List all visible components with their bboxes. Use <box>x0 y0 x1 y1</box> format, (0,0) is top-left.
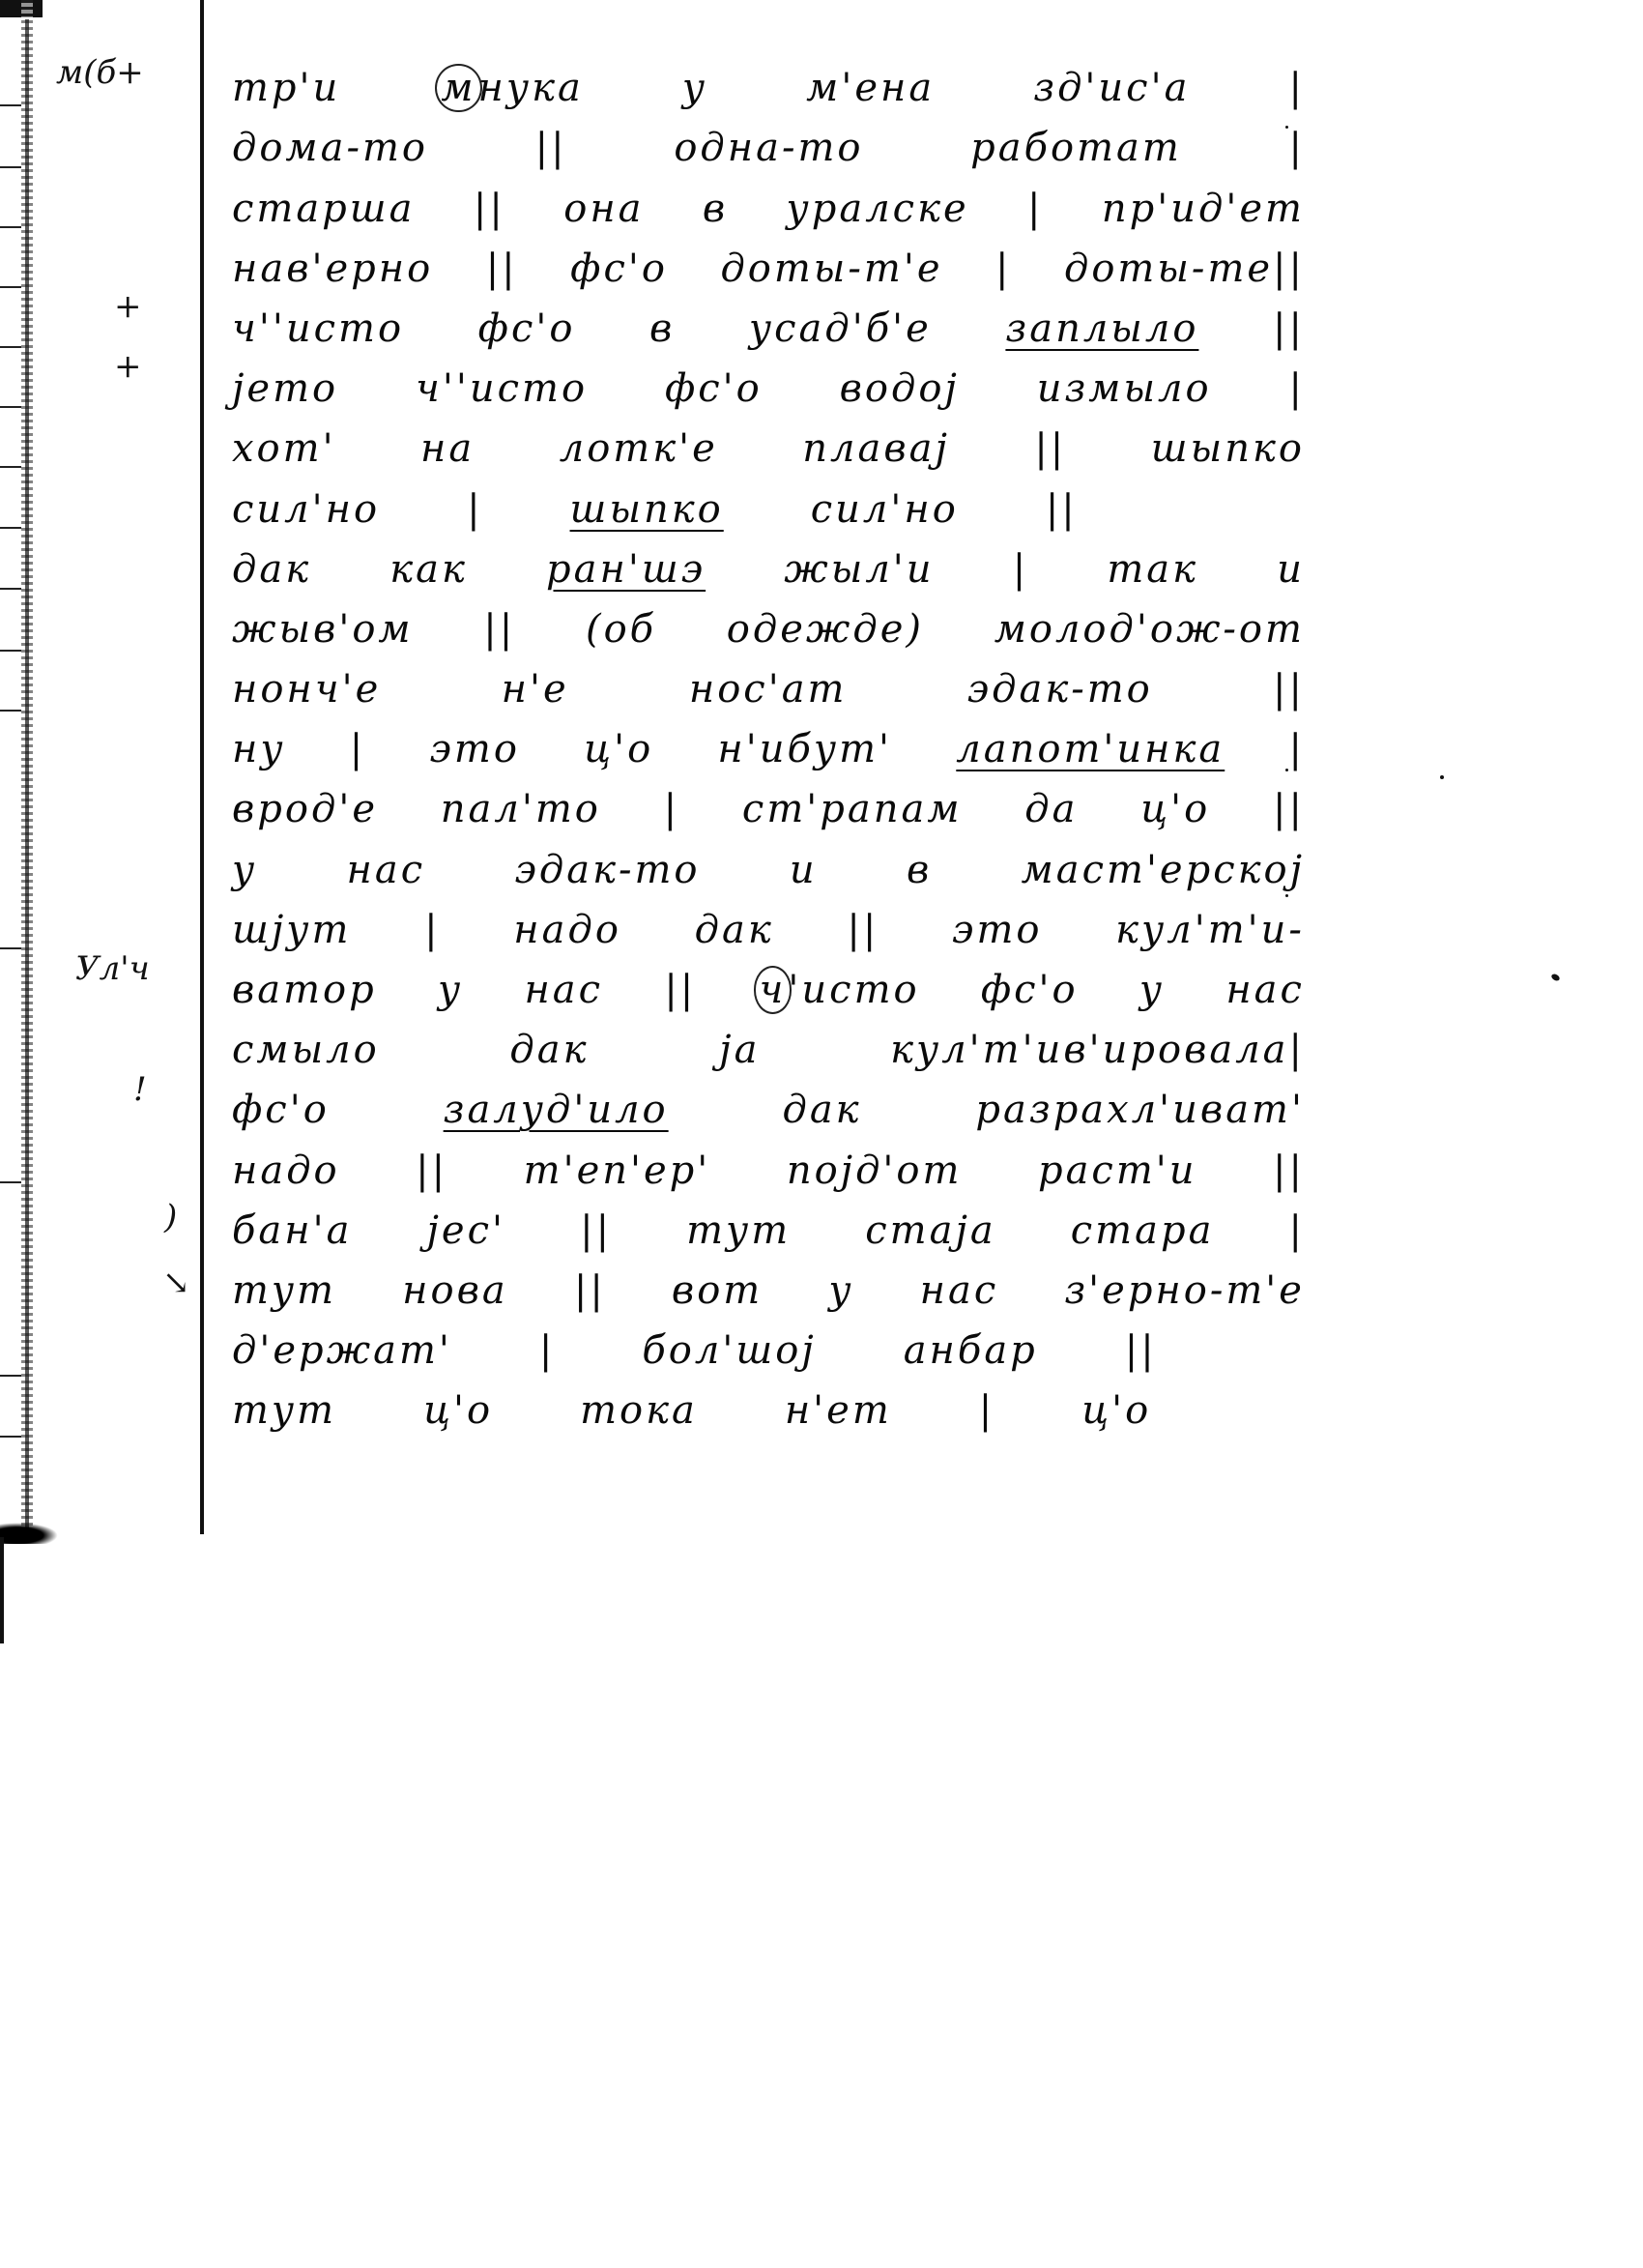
word: нос'ат <box>689 667 848 712</box>
word: ч''исто <box>416 366 588 411</box>
pause-mark: || <box>574 1268 606 1313</box>
word: тут <box>686 1208 791 1253</box>
word: н'ибут' <box>717 727 892 771</box>
ruler-tick <box>0 650 21 652</box>
word: м'ена <box>806 66 935 110</box>
word: врод'е <box>232 787 378 831</box>
pause-mark: || <box>1273 306 1305 351</box>
word: тр'и <box>232 66 340 110</box>
word: водој <box>840 366 960 411</box>
ruler-tick <box>0 104 21 106</box>
word: лотк'е <box>560 426 718 471</box>
word: раст'и <box>1038 1149 1197 1193</box>
word: фс'о <box>981 968 1079 1012</box>
pause-mark: | <box>539 1328 555 1373</box>
word: нас <box>920 1268 999 1313</box>
ink-speck <box>1285 769 1288 771</box>
word: измыло <box>1037 366 1212 411</box>
ruler-tick <box>0 710 21 712</box>
ruler-tick <box>0 286 21 288</box>
pause-mark: | <box>1027 187 1043 231</box>
word: стара <box>1071 1208 1215 1253</box>
word: как <box>389 547 468 592</box>
pause-mark: || <box>416 1149 447 1193</box>
word: разрахл'иват' <box>975 1088 1305 1132</box>
word: она <box>563 187 644 231</box>
word: на <box>420 426 475 471</box>
pause-mark: | <box>1288 66 1304 110</box>
word: ст'рапам <box>742 787 963 831</box>
word: стаја <box>865 1208 995 1253</box>
word: ну <box>232 727 286 771</box>
word: ран'шэ <box>546 547 706 592</box>
word: уралске <box>787 187 969 231</box>
word: ц'о <box>1140 787 1210 831</box>
word: зд'ис'а <box>1033 66 1190 110</box>
pause-mark: || <box>535 126 567 170</box>
text-line: ваторунас||ч'истофс'оунас <box>232 952 1305 1012</box>
word: фс'о <box>232 1088 330 1132</box>
text-line: тр'имнукаум'еназд'ис'а| <box>232 50 1305 110</box>
text-line: старша||онавуралске|пр'ид'ет <box>232 170 1305 230</box>
text-line: дома-то||одна-тоработат| <box>232 110 1305 170</box>
ruler-tick <box>0 947 21 949</box>
word: шыпко <box>1151 426 1305 471</box>
text-line: надо||т'еп'ер'појд'отраст'и|| <box>232 1132 1305 1192</box>
word: бан'а <box>232 1208 352 1253</box>
ruler-tick <box>0 527 21 529</box>
margin-note-ref: м(б+ <box>56 56 144 89</box>
word: у <box>232 848 257 892</box>
pause-mark: | <box>1013 547 1028 592</box>
pause-mark: | <box>467 487 482 532</box>
word: ја <box>719 1028 760 1072</box>
word: одна-то <box>674 126 863 170</box>
word: надо <box>513 908 621 952</box>
text-line: нав'ерно||фс'одоты-т'е|доты-те|| <box>232 231 1305 291</box>
word: дак <box>509 1028 589 1072</box>
text-line: бан'ајес'||тутстајастара| <box>232 1193 1305 1253</box>
ruler-tick <box>0 226 21 228</box>
word: тут <box>232 1268 336 1313</box>
word: н'ет <box>785 1388 892 1433</box>
word: пал'то <box>441 787 601 831</box>
word: ц'о <box>423 1388 493 1433</box>
word: нас <box>347 848 426 892</box>
word: з'ерно-т'е <box>1064 1268 1305 1313</box>
word: доты-т'е <box>720 247 942 291</box>
text-line: даккакран'шэжыл'и|таки <box>232 532 1305 592</box>
margin-note-arrow: ↘ <box>162 1266 190 1299</box>
circled-letter: м <box>435 64 481 112</box>
pause-mark: || <box>664 968 696 1012</box>
word: вот <box>672 1268 763 1313</box>
word: работат <box>970 126 1182 170</box>
text-line: ну|этоц'он'ибут'лапот'инка| <box>232 712 1305 771</box>
pause-mark: || <box>580 1208 612 1253</box>
pause-mark: || <box>1125 1328 1157 1373</box>
pause-mark: || <box>847 908 879 952</box>
transcription-text: тр'имнукаум'еназд'ис'а|дома-то||одна-тор… <box>232 50 1305 1433</box>
word: плавај <box>802 426 950 471</box>
word: и <box>1277 547 1305 592</box>
ink-speck <box>1440 775 1444 779</box>
ink-speck <box>1285 126 1288 129</box>
margin-note-excl: ! <box>133 1073 147 1106</box>
word: и <box>790 848 818 892</box>
word: смыло <box>232 1028 380 1072</box>
word: в <box>649 306 675 351</box>
word: ц'о <box>584 727 653 771</box>
word: шјут <box>232 908 351 952</box>
word: сил'но <box>232 487 380 532</box>
word: нас <box>524 968 603 1012</box>
word: кул'т'ив'ировала| <box>890 1028 1305 1072</box>
word: ц'о <box>1081 1388 1151 1433</box>
word: шыпко <box>570 487 724 532</box>
word: (об <box>586 607 656 652</box>
text-line: јеточ''истофс'оводојизмыло| <box>232 351 1305 411</box>
margin-note-plus2: + <box>114 350 142 383</box>
word: дак <box>232 547 311 592</box>
page-edge-line <box>0 1537 4 1643</box>
word: ч'исто <box>758 968 920 1012</box>
word: н'е <box>502 667 569 712</box>
text-line: фс'озалуд'илодакразрахл'иват' <box>232 1072 1305 1132</box>
word: тут <box>232 1388 336 1433</box>
word: нав'ерно <box>232 247 433 291</box>
text-line: сил'но|шыпкосил'но|| <box>232 471 1305 531</box>
text-line: смылодакјакул'т'ив'ировала| <box>232 1012 1305 1072</box>
ruler-tick <box>0 406 21 408</box>
margin-note-ulch: Ул'ч <box>75 952 150 985</box>
text-line: унасэдак-тоивмаст'ерској <box>232 831 1305 891</box>
word: так <box>1107 547 1198 592</box>
pause-mark: || <box>1273 667 1305 712</box>
word: анбар <box>904 1328 1038 1373</box>
word: жыв'ом <box>232 607 414 652</box>
word: дак <box>782 1088 861 1132</box>
ruler-tick <box>0 1181 21 1183</box>
word: фс'о <box>665 366 763 411</box>
pause-mark: | <box>350 727 365 771</box>
word: надо <box>232 1149 340 1193</box>
word: ватор <box>232 968 377 1012</box>
word: доты-те|| <box>1064 247 1305 291</box>
ink-blot <box>1550 973 1561 982</box>
word: эдак-то <box>967 667 1153 712</box>
word: у <box>1139 968 1165 1012</box>
word: појд'от <box>787 1149 963 1193</box>
text-line: хот'налотк'еплавај||шыпко <box>232 411 1305 471</box>
margin-rule <box>200 0 204 1534</box>
margin-note-plus1: + <box>114 290 142 323</box>
word: это <box>430 727 520 771</box>
pause-mark: | <box>1289 1208 1305 1253</box>
ink-speck <box>1285 894 1288 897</box>
word: маст'ерској <box>1022 848 1305 892</box>
word: т'еп'ер' <box>524 1149 711 1193</box>
pause-mark: | <box>664 787 679 831</box>
text-line: нонч'ен'енос'атэдак-то|| <box>232 652 1305 712</box>
word: дак <box>695 908 774 952</box>
ruler-tick <box>0 346 21 348</box>
word: эдак-то <box>515 848 701 892</box>
word: мнука <box>439 66 583 110</box>
binding-shadow-bottom <box>0 1523 58 1544</box>
ruler-tick <box>0 1436 21 1438</box>
word: у <box>682 66 707 110</box>
pause-mark: || <box>1046 487 1078 532</box>
text-line: ч''истофс'овусад'б'езаплыло|| <box>232 291 1305 351</box>
pause-mark: || <box>483 607 515 652</box>
pause-mark: | <box>1289 126 1305 170</box>
word: јес' <box>427 1208 505 1253</box>
scanned-page: м(б+++Ул'ч!)↘ тр'имнукаум'еназд'ис'а|дом… <box>0 0 1643 2268</box>
word: да <box>1024 787 1078 831</box>
word: одежде) <box>727 607 924 652</box>
word: бол'шој <box>642 1328 816 1373</box>
pause-mark: | <box>1288 366 1304 411</box>
word: заплыло <box>1005 306 1198 351</box>
word: нонч'е <box>232 667 381 712</box>
word: у <box>438 968 463 1012</box>
text-line: тутнова||вотунасз'ерно-т'е <box>232 1253 1305 1313</box>
word: д'ержат' <box>232 1328 452 1373</box>
word: это <box>952 908 1042 952</box>
word: усад'б'е <box>749 306 932 351</box>
pause-mark: || <box>474 187 505 231</box>
word: хот' <box>232 426 336 471</box>
text-line: шјут|надодак||этокул'т'и- <box>232 892 1305 952</box>
pause-mark: | <box>979 1388 994 1433</box>
word: нова <box>402 1268 508 1313</box>
ruler-tick <box>0 1375 21 1377</box>
margin-note-paren: ) <box>164 1201 177 1234</box>
word: јето <box>232 366 338 411</box>
word: в <box>907 848 932 892</box>
word: у <box>828 1268 853 1313</box>
text-line: тутц'отокан'ет|ц'о <box>232 1373 1305 1433</box>
word: сил'но <box>811 487 959 532</box>
word: залуд'ило <box>444 1088 669 1132</box>
ruler-tick <box>0 466 21 468</box>
word: дома-то <box>232 126 428 170</box>
word: молод'ож-от <box>994 607 1305 652</box>
word: нас <box>1225 968 1305 1012</box>
pause-mark: | <box>424 908 440 952</box>
word: фс'о <box>478 306 576 351</box>
word: ч''исто <box>232 306 404 351</box>
word: фс'о <box>570 247 668 291</box>
pause-mark: || <box>1273 1149 1305 1193</box>
word: пр'ид'ет <box>1102 187 1305 231</box>
pause-mark: || <box>1273 787 1305 831</box>
ruler-tick <box>0 588 21 590</box>
word: старша <box>232 187 416 231</box>
text-line: д'ержат'|бол'шојанбар|| <box>232 1313 1305 1373</box>
word: тока <box>580 1388 698 1433</box>
pause-mark: || <box>486 247 518 291</box>
pause-mark: || <box>1034 426 1066 471</box>
text-line: врод'епал'то|ст'рапамдац'о|| <box>232 771 1305 831</box>
binding-edge-line <box>25 19 29 1537</box>
word: жыл'и <box>784 547 934 592</box>
word: лапот'инка <box>956 727 1225 771</box>
pause-mark: | <box>995 247 1011 291</box>
word: в <box>703 187 728 231</box>
circled-letter: ч <box>754 966 793 1014</box>
pause-mark: | <box>1288 727 1304 771</box>
text-line: жыв'ом||(ободежде)молод'ож-от <box>232 592 1305 652</box>
ruler-tick <box>0 166 21 168</box>
word: кул'т'и- <box>1115 908 1305 952</box>
